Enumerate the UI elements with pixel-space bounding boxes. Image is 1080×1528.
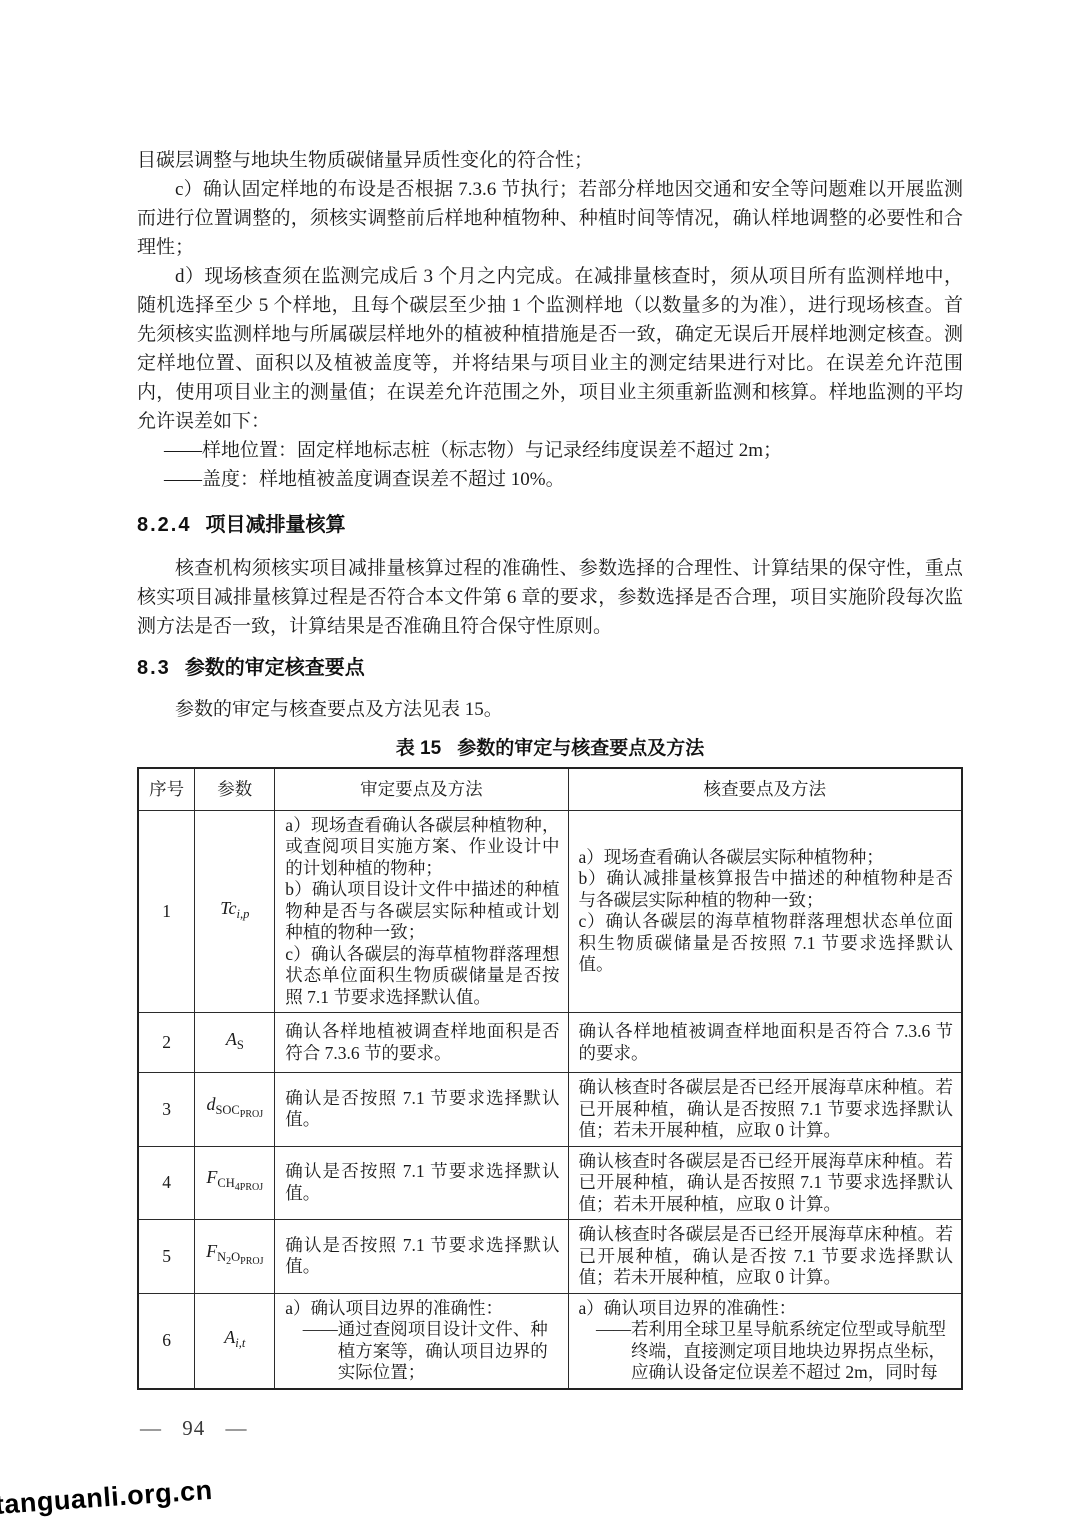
param-symbol: dSOCPROJ [195, 1073, 275, 1147]
audit-item: 确认是否按照 7.1 节要求选择默认值。 [285, 1161, 559, 1204]
audit-cell: a）现场查看确认各碳层种植物种，或查阅项目实施方案、作业设计中的计划种植的物种；… [275, 810, 568, 1013]
audit-item: a）现场查看确认各碳层种植物种，或查阅项目实施方案、作业设计中的计划种植的物种； [285, 815, 559, 880]
audit-item: 确认各样地植被调查样地面积是否符合 7.3.6 节的要求。 [285, 1021, 559, 1064]
table-row: 3 dSOCPROJ 确认是否按照 7.1 节要求选择默认值。 确认核查时各碳层… [138, 1073, 962, 1147]
verify-item: b）确认减排量核算报告中描述的种植物种是否与各碳层实际种植的物种一致； [579, 868, 953, 911]
dash-item-sample-location: ——样地位置：固定样地标志桩（标志物）与记录经纬度误差不超过 2m； [137, 436, 963, 465]
table-caption-label: 表 15 [396, 738, 441, 759]
param-symbol: Ai,t [195, 1293, 275, 1389]
audit-item: b）确认项目设计文件中描述的种植物种是否与各碳层实际种植或计划种植的物种一致； [285, 879, 559, 944]
verify-cell: 确认各样地植被调查样地面积是否符合 7.3.6 节的要求。 [568, 1013, 962, 1073]
header-verify-points: 核查要点及方法 [568, 768, 962, 810]
verify-dash-item: ——若利用全球卫星导航系统定位型或导航型终端，直接测定项目地块边界拐点坐标，应确… [579, 1319, 953, 1384]
paragraph-8-2-4: 核查机构须核实项目减排量核算过程的准确性、参数选择的合理性、计算结果的保守性，重… [137, 554, 963, 641]
param-subscript: i,p [237, 907, 250, 921]
verify-cell: 确认核查时各碳层是否已经开展海草床种植。若已开展种植，确认是否按照 7.1 节要… [568, 1146, 962, 1220]
row-number: 2 [138, 1013, 195, 1073]
header-serial-number: 序号 [138, 768, 195, 810]
param-subscript: S [237, 1038, 244, 1052]
param-main: A [226, 1029, 237, 1049]
audit-cell: 确认是否按照 7.1 节要求选择默认值。 [275, 1220, 568, 1294]
section-title: 项目减排量核算 [205, 514, 345, 536]
verify-item: 确认核查时各碳层是否已经开展海草床种植。若已开展种植，确认是否按照 7.1 节要… [579, 1077, 953, 1142]
param-symbol: AS [195, 1013, 275, 1073]
row-number: 5 [138, 1220, 195, 1294]
row-number: 1 [138, 810, 195, 1013]
verify-item: c）确认各碳层的海草植物群落理想状态单位面积生物质碳储量是否按照 7.1 节要求… [579, 911, 953, 976]
param-main: Tc [220, 898, 236, 918]
param-subsubscript: PROJ [240, 1256, 263, 1267]
row-number: 6 [138, 1293, 195, 1389]
param-main: F [206, 1167, 217, 1187]
audit-cell: 确认是否按照 7.1 节要求选择默认值。 [275, 1146, 568, 1220]
verify-item: 确认核查时各碳层是否已经开展海草床种植。若已开展种植，确认是否按 7.1 节要求… [579, 1224, 953, 1289]
audit-item: 确认是否按照 7.1 节要求选择默认值。 [285, 1235, 559, 1278]
paragraph-item-d: d）现场核查须在监测完成后 3 个月之内完成。在减排量核查时，须从项目所有监测样… [137, 262, 963, 436]
verify-cell: a）现场查看确认各碳层实际种植物种； b）确认减排量核算报告中描述的种植物种是否… [568, 810, 962, 1013]
watermark-site-url: tanguanli.org.cn [0, 1475, 214, 1521]
paragraph-item-c: c）确认固定样地的布设是否根据 7.3.6 节执行；若部分样地因交通和安全等问题… [137, 175, 963, 262]
table-caption: 表 15参数的审定与核查要点及方法 [137, 734, 963, 763]
param-symbol: Tci,p [195, 810, 275, 1013]
table-row: 1 Tci,p a）现场查看确认各碳层种植物种，或查阅项目实施方案、作业设计中的… [138, 810, 962, 1013]
verify-item: 确认各样地植被调查样地面积是否符合 7.3.6 节的要求。 [579, 1021, 953, 1064]
verify-cell: 确认核查时各碳层是否已经开展海草床种植。若已开展种植，确认是否按照 7.1 节要… [568, 1073, 962, 1147]
param-main: A [224, 1327, 235, 1347]
dash-item-coverage: ——盖度：样地植被盖度调查误差不超过 10%。 [137, 465, 963, 494]
section-number: 8.3 [137, 657, 171, 679]
param-subscript: CH [217, 1176, 234, 1190]
verify-item: 确认核查时各碳层是否已经开展海草床种植。若已开展种植，确认是否按照 7.1 节要… [579, 1151, 953, 1216]
row-number: 4 [138, 1146, 195, 1220]
page-content: 目碳层调整与地块生物质碳储量异质性变化的符合性； c）确认固定样地的布设是否根据… [137, 146, 963, 1390]
section-heading-8-2-4: 8.2.4项目减排量核算 [137, 510, 963, 540]
param-main: F [206, 1241, 217, 1261]
table-row: 4 FCH4PROJ 确认是否按照 7.1 节要求选择默认值。 确认核查时各碳层… [138, 1146, 962, 1220]
param-symbol: FCH4PROJ [195, 1146, 275, 1220]
verify-cell: a）确认项目边界的准确性： ——若利用全球卫星导航系统定位型或导航型终端，直接测… [568, 1293, 962, 1389]
paragraph-8-3: 参数的审定与核查要点及方法见表 15。 [137, 695, 963, 724]
audit-item: 确认是否按照 7.1 节要求选择默认值。 [285, 1088, 559, 1131]
section-title: 参数的审定核查要点 [185, 657, 365, 679]
param-subscript: O [231, 1250, 240, 1264]
audit-cell: 确认各样地植被调查样地面积是否符合 7.3.6 节的要求。 [275, 1013, 568, 1073]
table-header-row: 序号 参数 审定要点及方法 核查要点及方法 [138, 768, 962, 810]
audit-item: a）确认项目边界的准确性： [285, 1298, 559, 1320]
section-number: 8.2.4 [137, 514, 191, 536]
table-caption-title: 参数的审定与核查要点及方法 [457, 738, 704, 759]
verify-item: a）现场查看确认各碳层实际种植物种； [579, 847, 953, 869]
paragraph-continuation: 目碳层调整与地块生物质碳储量异质性变化的符合性； [137, 146, 963, 175]
section-heading-8-3: 8.3参数的审定核查要点 [137, 653, 963, 683]
param-subscript: SOC [215, 1103, 239, 1117]
param-symbol: FN2OPROJ [195, 1220, 275, 1294]
header-audit-points: 审定要点及方法 [275, 768, 568, 810]
audit-cell: 确认是否按照 7.1 节要求选择默认值。 [275, 1073, 568, 1147]
row-number: 3 [138, 1073, 195, 1147]
table-row: 6 Ai,t a）确认项目边界的准确性： ——通过查阅项目设计文件、种植方案等，… [138, 1293, 962, 1389]
param-subsubscript: PROJ [240, 1109, 263, 1120]
header-parameter: 参数 [195, 768, 275, 810]
param-subscript: N [217, 1250, 226, 1264]
param-subscript: i,t [235, 1336, 245, 1350]
audit-item: c）确认各碳层的海草植物群落理想状态单位面积生物质碳储量是否按照 7.1 节要求… [285, 944, 559, 1009]
table-row: 5 FN2OPROJ 确认是否按照 7.1 节要求选择默认值。 确认核查时各碳层… [138, 1220, 962, 1294]
param-subsubscript: PROJ [240, 1182, 263, 1193]
audit-dash-item: ——通过查阅项目设计文件、种植方案等，确认项目边界的实际位置； [285, 1319, 559, 1384]
parameter-verification-table: 序号 参数 审定要点及方法 核查要点及方法 1 Tci,p a）现场查看确认各碳… [137, 767, 963, 1390]
verify-cell: 确认核查时各碳层是否已经开展海草床种植。若已开展种植，确认是否按 7.1 节要求… [568, 1220, 962, 1294]
document-page: 目碳层调整与地块生物质碳储量异质性变化的符合性； c）确认固定样地的布设是否根据… [0, 0, 1080, 1528]
verify-item: a）确认项目边界的准确性： [579, 1298, 953, 1320]
audit-cell: a）确认项目边界的准确性： ——通过查阅项目设计文件、种植方案等，确认项目边界的… [275, 1293, 568, 1389]
page-number: — 94 — [140, 1416, 248, 1441]
table-row: 2 AS 确认各样地植被调查样地面积是否符合 7.3.6 节的要求。 确认各样地… [138, 1013, 962, 1073]
